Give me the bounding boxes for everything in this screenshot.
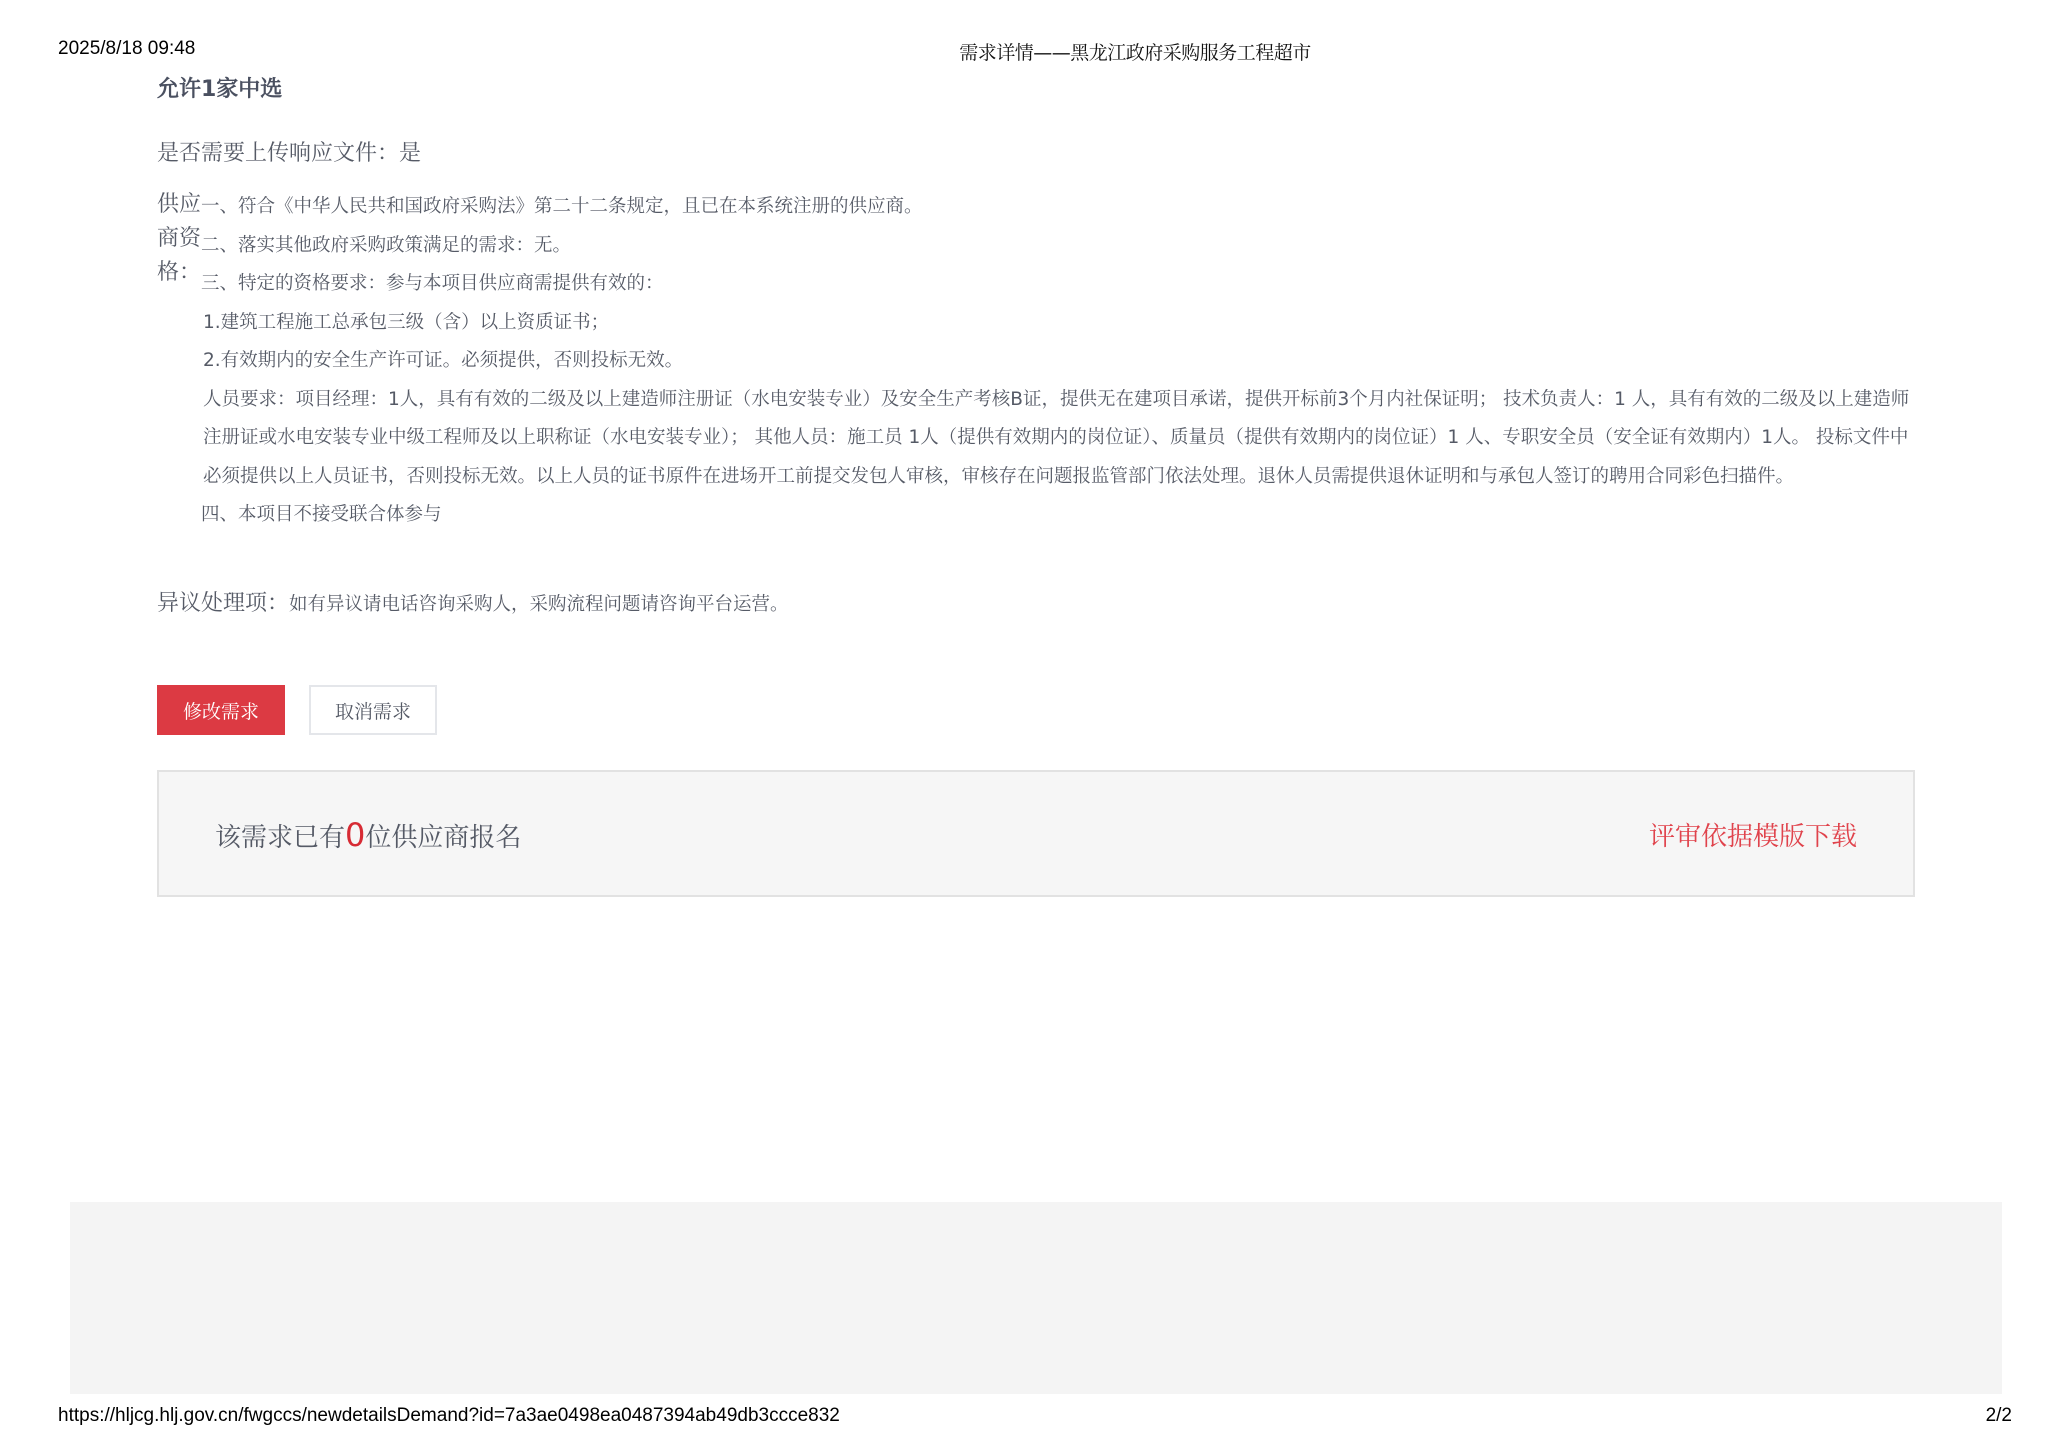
qualification-line: 人员要求：项目经理：1人，具有有效的二级及以上建造师注册证（水电安装专业）及安全… [201, 381, 1911, 497]
award-rule: 允许1家中选 [157, 72, 282, 103]
modify-demand-button[interactable]: 修改需求 [157, 685, 285, 735]
supplier-qualification-label: 供应商资格： [157, 188, 203, 290]
objection-label: 异议处理项： [157, 591, 289, 616]
page-footer-area [70, 1202, 2002, 1394]
action-buttons: 修改需求 取消需求 [157, 685, 437, 735]
qualification-line: 1.建筑工程施工总承包三级（含）以上资质证书； [201, 304, 1911, 343]
signup-info-panel: 该需求已有0位供应商报名 评审依据模版下载 [157, 770, 1915, 897]
qualification-line: 一、符合《中华人民共和国政府采购法》第二十二条规定，且已在本系统注册的供应商。 [201, 188, 1911, 227]
signup-count-text: 该需求已有0位供应商报名 [215, 816, 521, 854]
print-footer-url: https://hljcg.hlj.gov.cn/fwgccs/newdetai… [58, 1405, 840, 1427]
print-page-title: 需求详情——黑龙江政府采购服务工程超市 [0, 38, 2048, 65]
upload-required-value: 是 [399, 141, 421, 166]
signup-prefix: 该需求已有 [215, 823, 345, 853]
objection-value: 如有异议请电话咨询采购人，采购流程问题请咨询平台运营。 [289, 594, 789, 615]
cancel-demand-button[interactable]: 取消需求 [309, 685, 437, 735]
signup-suffix: 位供应商报名 [365, 823, 521, 853]
upload-required-label: 是否需要上传响应文件： [157, 141, 399, 166]
qualification-line: 三、特定的资格要求：参与本项目供应商需提供有效的： [201, 265, 1911, 304]
review-template-download-link[interactable]: 评审依据模版下载 [1649, 816, 1857, 853]
supplier-qualification-content: 一、符合《中华人民共和国政府采购法》第二十二条规定，且已在本系统注册的供应商。 … [201, 188, 1911, 535]
qualification-line: 2.有效期内的安全生产许可证。必须提供，否则投标无效。 [201, 342, 1911, 381]
qualification-line: 四、本项目不接受联合体参与 [201, 496, 1911, 535]
print-page-number: 2/2 [1986, 1405, 2012, 1427]
signup-count: 0 [345, 816, 365, 854]
objection-handling: 异议处理项：如有异议请电话咨询采购人，采购流程问题请咨询平台运营。 [157, 586, 789, 617]
qualification-line: 二、落实其他政府采购政策满足的需求：无。 [201, 227, 1911, 266]
upload-required: 是否需要上传响应文件：是 [157, 136, 421, 167]
